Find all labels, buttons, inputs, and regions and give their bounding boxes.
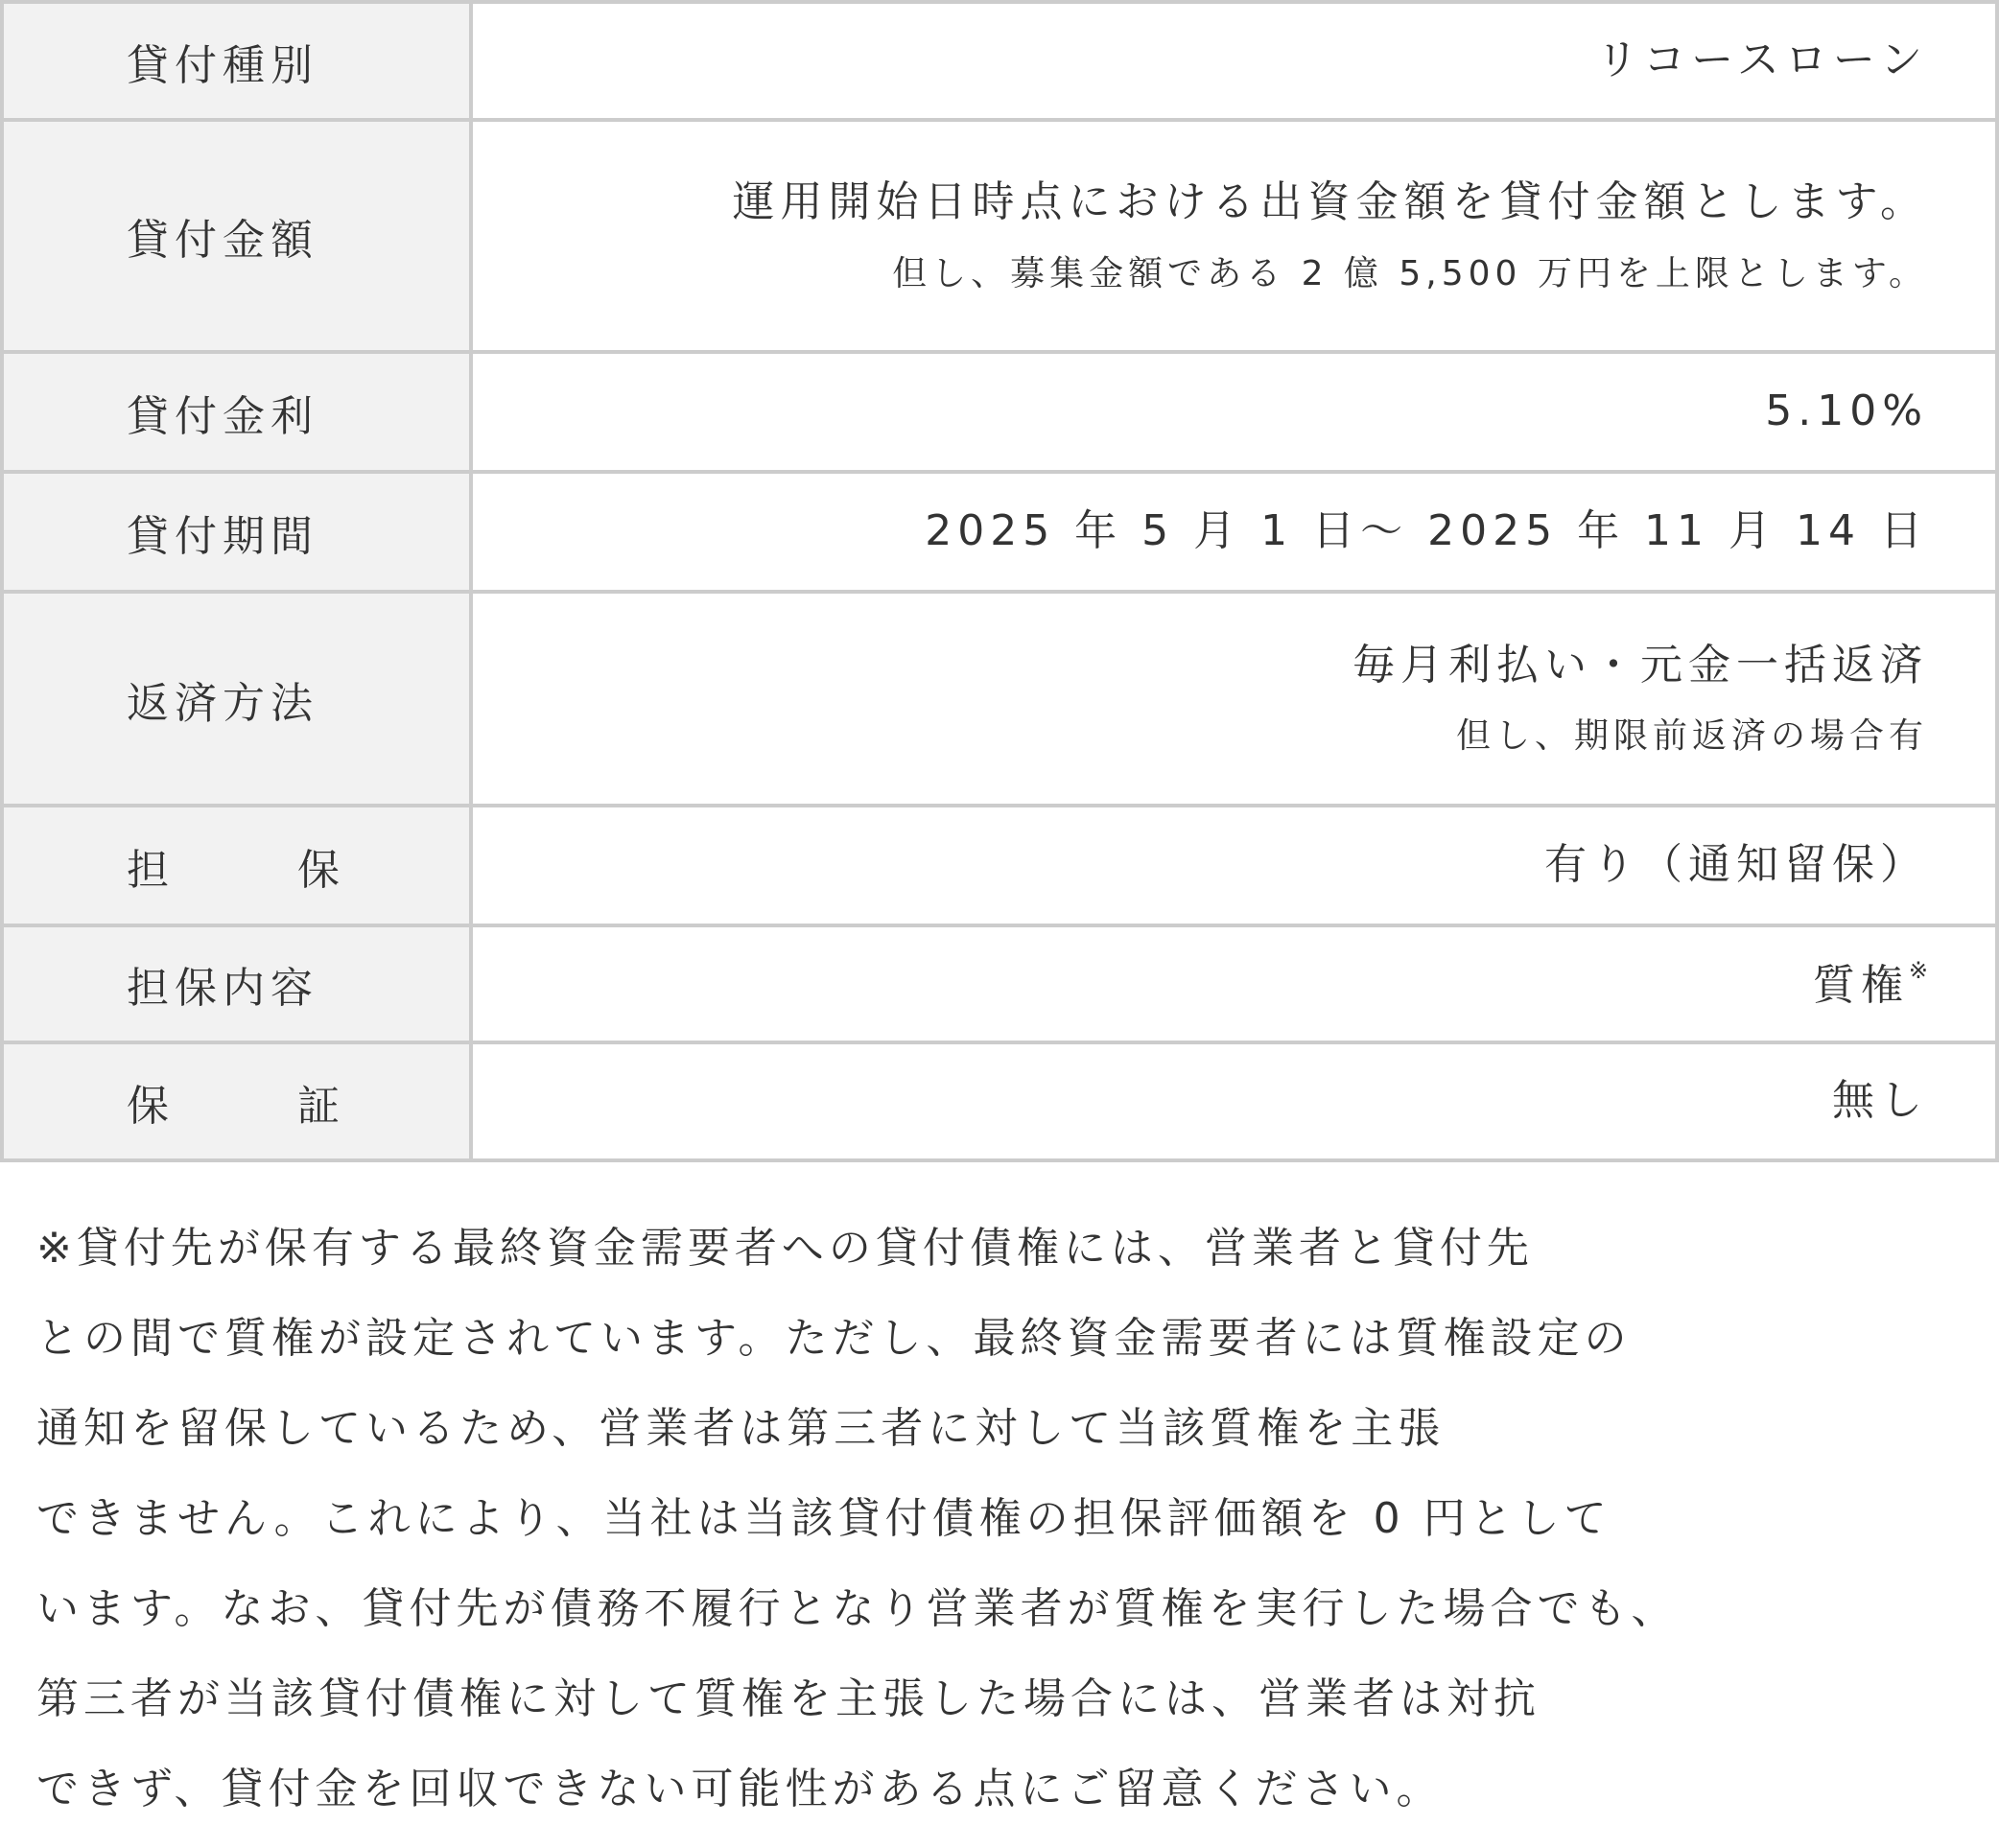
value-loan-amount-cell: 運用開始日時点における出資金額を貸付金額とします。 但し、募集金額である 2 億… [471, 120, 1997, 352]
value-loan-period: 2025 年 5 月 1 日～ 2025 年 11 月 14 日 [473, 506, 1928, 557]
label-loan-amount: 貸付金額 [2, 120, 471, 352]
label-loan-period: 貸付期間 [2, 472, 471, 592]
footnote-line: 第三者が当該貸付債権に対して質権を主張した場合には、営業者は対抗 [36, 1654, 1993, 1744]
footnote-mark: ※ [1909, 957, 1928, 984]
value-loan-type: リコースローン [473, 35, 1928, 86]
value-collateral-details: 質権※ [473, 957, 1928, 1012]
row-interest-rate: 貸付金利 5.10% [2, 352, 1997, 472]
value-collateral-details-text: 質権 [1813, 961, 1909, 1010]
footnote-paragraph: ※貸付先が保有する最終資金需要者への貸付債権には、営業者と貸付先 との間で質権が… [36, 1204, 1993, 1835]
footnote-line: います。なお、貸付先が債務不履行となり営業者が質権を実行した場合でも、 [36, 1564, 1993, 1654]
row-repayment-method: 返済方法 毎月利払い・元金一括返済 但し、期限前返済の場合有 [2, 592, 1997, 806]
value-loan-type-cell: リコースローン [471, 2, 1997, 120]
value-loan-amount-note: 但し、募集金額である 2 億 5,500 万円を上限とします。 [473, 253, 1928, 294]
label-loan-type: 貸付種別 [2, 2, 471, 120]
label-char: 担 [127, 846, 226, 895]
value-interest-rate-cell: 5.10% [471, 352, 1997, 472]
label-guarantee-text: 保 証 [127, 1071, 345, 1133]
label-char: 証 [297, 1082, 345, 1131]
value-guarantee: 無し [473, 1076, 1928, 1127]
row-collateral-details: 担保内容 質権※ [2, 925, 1997, 1042]
label-repayment-method: 返済方法 [2, 592, 471, 806]
value-interest-rate: 5.10% [473, 386, 1928, 437]
value-repayment-method: 毎月利払い・元金一括返済 [473, 641, 1928, 691]
row-loan-amount: 貸付金額 運用開始日時点における出資金額を貸付金額とします。 但し、募集金額であ… [2, 120, 1997, 352]
label-char: 保 [127, 1082, 226, 1131]
label-char: 保 [297, 846, 345, 895]
value-loan-amount: 運用開始日時点における出資金額を貸付金額とします。 [473, 177, 1928, 228]
value-collateral-cell: 有り（通知留保） [471, 806, 1997, 925]
value-repayment-method-note: 但し、期限前返済の場合有 [473, 715, 1928, 757]
footnote-line: できません。これにより、当社は当該貸付債権の担保評価額を 0 円として [36, 1474, 1993, 1564]
label-collateral: 担 保 [2, 806, 471, 925]
value-repayment-method-cell: 毎月利払い・元金一括返済 但し、期限前返済の場合有 [471, 592, 1997, 806]
footnote-line: との間で質権が設定されています。ただし、最終資金需要者には質権設定の [36, 1294, 1993, 1384]
value-guarantee-cell: 無し [471, 1042, 1997, 1160]
footnote-line: ※貸付先が保有する最終資金需要者への貸付債権には、営業者と貸付先 [36, 1204, 1993, 1294]
value-collateral-details-cell: 質権※ [471, 925, 1997, 1042]
label-guarantee: 保 証 [2, 1042, 471, 1160]
row-loan-period: 貸付期間 2025 年 5 月 1 日～ 2025 年 11 月 14 日 [2, 472, 1997, 592]
label-collateral-text: 担 保 [127, 835, 345, 897]
loan-terms-table: 貸付種別 リコースローン 貸付金額 運用開始日時点における出資金額を貸付金額とし… [0, 0, 1999, 1162]
row-loan-type: 貸付種別 リコースローン [2, 2, 1997, 120]
footnote-line: できず、貸付金を回収できない可能性がある点にご留意ください。 [36, 1744, 1993, 1835]
row-collateral: 担 保 有り（通知留保） [2, 806, 1997, 925]
footnote-line: 通知を留保しているため、営業者は第三者に対して当該質権を主張 [36, 1384, 1993, 1474]
value-loan-period-cell: 2025 年 5 月 1 日～ 2025 年 11 月 14 日 [471, 472, 1997, 592]
label-interest-rate: 貸付金利 [2, 352, 471, 472]
value-collateral: 有り（通知留保） [473, 840, 1928, 891]
label-collateral-details: 担保内容 [2, 925, 471, 1042]
row-guarantee: 保 証 無し [2, 1042, 1997, 1160]
